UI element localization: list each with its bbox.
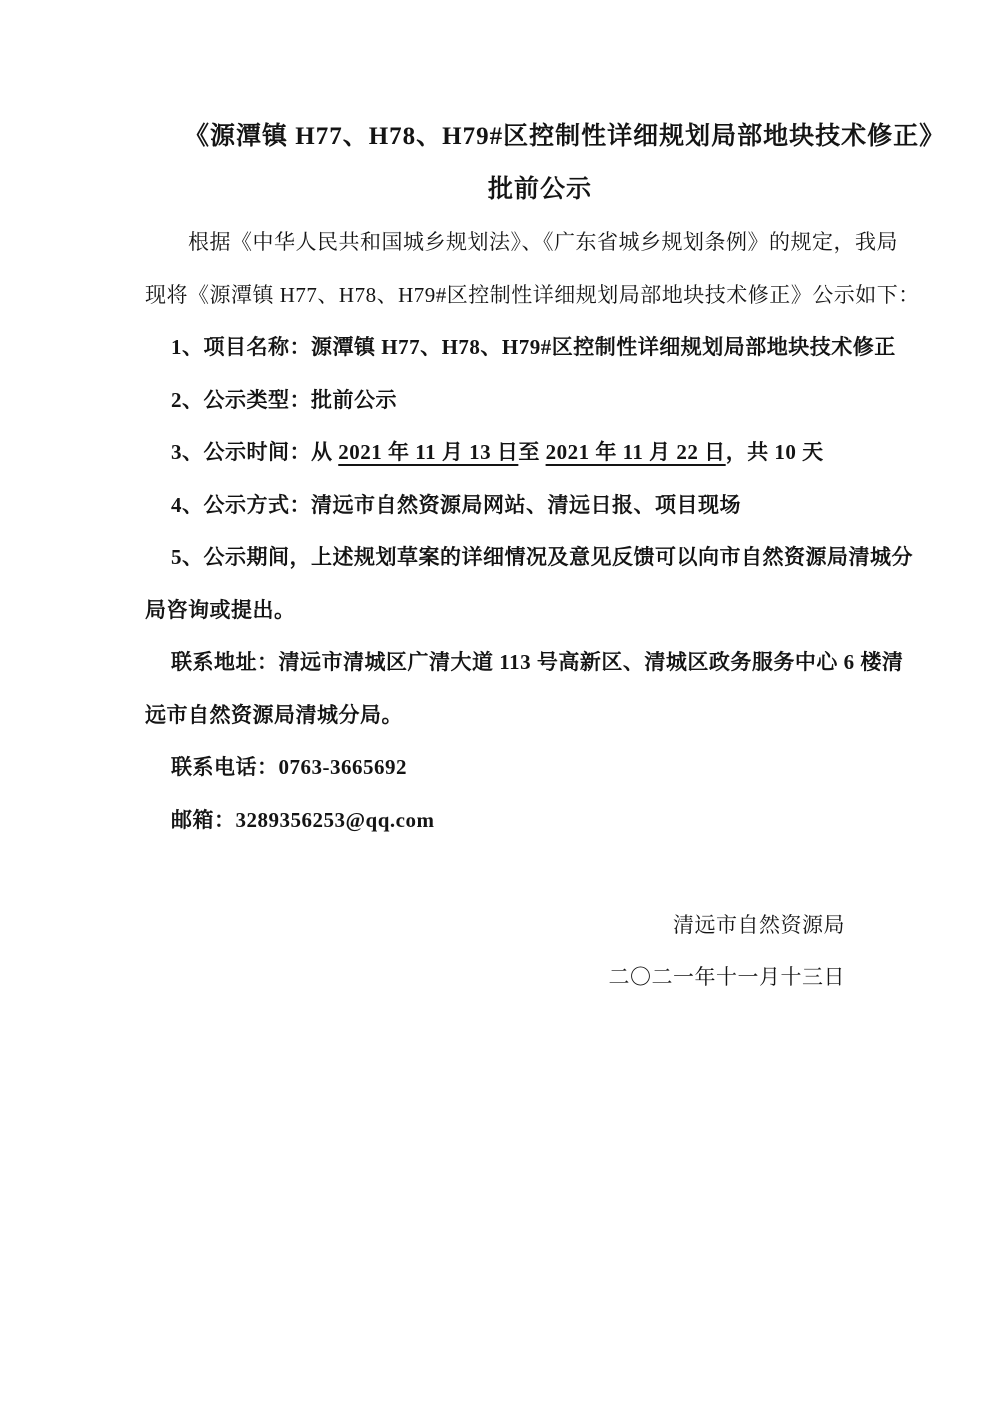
- signature-date: 二〇二一年十一月十三日: [145, 951, 857, 1004]
- contact-address-line-1: 联系地址：清远市清城区广清大道 113 号高新区、清城区政务服务中心 6 楼清: [145, 636, 857, 689]
- intro-paragraph-line-2: 现将《源潭镇 H77、H78、H79#区控制性详细规划局部地块技术修正》公示如下…: [145, 269, 857, 322]
- notice-item-2-notice-type: 2、公示类型：批前公示: [145, 374, 857, 427]
- document-content: 《源潭镇 H77、H78、H79#区控制性详细规划局部地块技术修正》 批前公示 …: [145, 111, 857, 1004]
- notice-document-page: 《源潭镇 H77、H78、H79#区控制性详细规划局部地块技术修正》 批前公示 …: [0, 0, 1000, 1415]
- contact-address-line-2: 远市自然资源局清城分局。: [145, 689, 857, 742]
- document-title: 《源潭镇 H77、H78、H79#区控制性详细规划局部地块技术修正》: [184, 111, 896, 164]
- signature-agency: 清远市自然资源局: [145, 899, 857, 952]
- notice-item-4-notice-channels: 4、公示方式：清远市自然资源局网站、清远日报、项目现场: [145, 479, 857, 532]
- document-subtitle: 批前公示: [184, 164, 896, 217]
- notice-period-prefix: 3、公示时间：从: [171, 440, 338, 464]
- notice-period-start-date: 2021 年 11 月 13 日: [338, 440, 518, 464]
- notice-item-5-feedback-line-2: 局咨询或提出。: [145, 584, 857, 637]
- notice-period-mid: 至: [518, 440, 545, 464]
- notice-period-suffix: ，共 10 天: [726, 440, 824, 464]
- notice-item-1-project-name: 1、项目名称：源潭镇 H77、H78、H79#区控制性详细规划局部地块技术修正: [145, 321, 857, 374]
- intro-paragraph-line-1: 根据《中华人民共和国城乡规划法》、《广东省城乡规划条例》的规定，我局: [145, 216, 857, 269]
- notice-item-5-feedback-line-1: 5、公示期间，上述规划草案的详细情况及意见反馈可以向市自然资源局清城分: [145, 531, 857, 584]
- notice-item-3-notice-period: 3、公示时间：从 2021 年 11 月 13 日至 2021 年 11 月 2…: [145, 426, 857, 479]
- notice-period-end-date: 2021 年 11 月 22 日: [546, 440, 726, 464]
- contact-email: 邮箱：3289356253@qq.com: [145, 794, 857, 847]
- contact-phone: 联系电话：0763-3665692: [145, 741, 857, 794]
- spacer-line: [145, 846, 857, 899]
